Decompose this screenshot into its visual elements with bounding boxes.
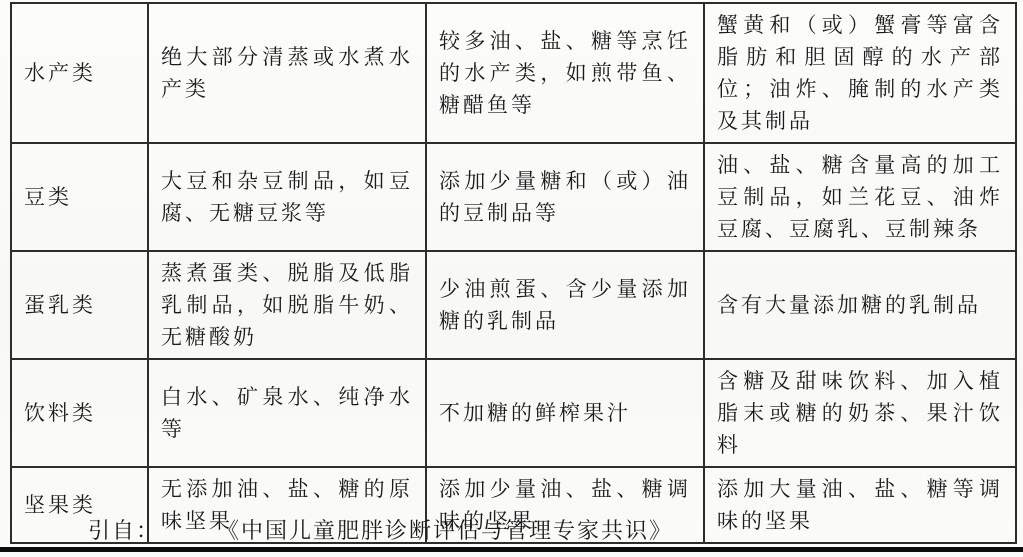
cell-recommended: 蒸煮蛋类、脱脂及低脂乳制品，如脱脂牛奶、无糖酸奶 xyxy=(148,251,426,359)
citation-label: 引自： xyxy=(88,518,160,543)
cell-limited: 较多油、盐、糖等烹饪的水产类，如煎带鱼、糖醋鱼等 xyxy=(426,3,704,143)
citation-title: 《中国儿童肥胖诊断评估与管理专家共识》 xyxy=(228,518,673,543)
cell-recommended: 大豆和杂豆制品，如豆腐、无糖豆浆等 xyxy=(148,143,426,251)
cell-limited: 少油煎蛋、含少量添加糖的乳制品 xyxy=(426,251,704,359)
cell-restricted: 添加大量油、盐、糖等调味的坚果 xyxy=(704,467,1016,543)
food-guidance-table: 水产类 绝大部分清蒸或水煮水产类 较多油、盐、糖等烹饪的水产类，如煎带鱼、糖醋鱼… xyxy=(10,2,1017,544)
cell-category: 豆类 xyxy=(11,143,148,251)
cell-restricted: 含有大量添加糖的乳制品 xyxy=(704,251,1016,359)
cell-recommended: 白水、矿泉水、纯净水等 xyxy=(148,359,426,467)
cell-category: 蛋乳类 xyxy=(11,251,148,359)
cell-limited: 不加糖的鲜榨果汁 xyxy=(426,359,704,467)
cell-restricted: 油、盐、糖含量高的加工豆制品，如兰花豆、油炸豆腐、豆腐乳、豆制辣条 xyxy=(704,143,1016,251)
cell-restricted: 含糖及甜味饮料、加入植脂末或糖的奶茶、果汁饮料 xyxy=(704,359,1016,467)
scanned-document-page: 水产类 绝大部分清蒸或水煮水产类 较多油、盐、糖等烹饪的水产类，如煎带鱼、糖醋鱼… xyxy=(0,0,1023,557)
table-row: 饮料类 白水、矿泉水、纯净水等 不加糖的鲜榨果汁 含糖及甜味饮料、加入植脂末或糖… xyxy=(11,359,1016,467)
table-row: 豆类 大豆和杂豆制品，如豆腐、无糖豆浆等 添加少量糖和（或）油的豆制品等 油、盐… xyxy=(11,143,1016,251)
citation-line: 引自：《中国儿童肥胖诊断评估与管理专家共识》 xyxy=(88,514,673,545)
cell-limited: 添加少量糖和（或）油的豆制品等 xyxy=(426,143,704,251)
cell-recommended: 绝大部分清蒸或水煮水产类 xyxy=(148,3,426,143)
bottom-divider xyxy=(0,547,1023,552)
cell-category: 水产类 xyxy=(11,3,148,143)
cell-restricted: 蟹黄和（或）蟹膏等富含脂肪和胆固醇的水产部位；油炸、腌制的水产类及其制品 xyxy=(704,3,1016,143)
cell-category: 饮料类 xyxy=(11,359,148,467)
table-row: 蛋乳类 蒸煮蛋类、脱脂及低脂乳制品，如脱脂牛奶、无糖酸奶 少油煎蛋、含少量添加糖… xyxy=(11,251,1016,359)
table-row: 水产类 绝大部分清蒸或水煮水产类 较多油、盐、糖等烹饪的水产类，如煎带鱼、糖醋鱼… xyxy=(11,3,1016,143)
